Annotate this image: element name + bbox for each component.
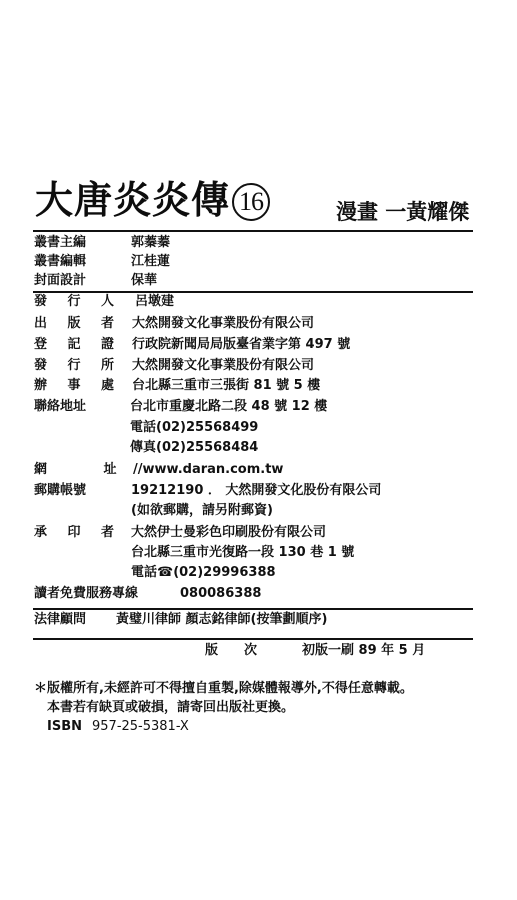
label-distributor: 發 行 所 — [34, 357, 122, 375]
label-office: 辦 事 處 — [34, 377, 122, 395]
divider-title — [33, 230, 473, 232]
label-contact-address: 聯絡地址 — [34, 398, 86, 416]
staff-label-cover-design: 封面設計 — [34, 272, 86, 290]
value-contact-address: 台北市重慶北路二段 48 號 12 樓 — [130, 398, 327, 416]
label-publisher: 出 版 者 — [34, 315, 122, 333]
label-postal-account: 郵購帳號 — [34, 482, 86, 500]
book-title: 大唐炎炎傳 — [35, 178, 230, 222]
value-printer-address: 台北縣三重市光復路一段 130 巷 1 號 — [131, 544, 354, 562]
value-postal-note: (如欲郵購，請另附郵資) — [131, 502, 273, 520]
label-website: 網 址 — [34, 461, 143, 479]
label-registration: 登 記 證 — [34, 336, 122, 354]
artist-credit: 漫畫 一黃耀傑 — [336, 199, 469, 225]
value-printer: 大然伊士曼彩色印刷股份有限公司 — [131, 524, 326, 542]
value-publisher: 大然開發文化事業股份有限公司 — [132, 315, 314, 333]
label-reader-hotline: 讀者免費服務專線 — [34, 585, 138, 603]
staff-label-editor: 叢書編輯 — [34, 253, 86, 271]
defect-notice: 本書若有缺頁或破損，請寄回出版社更換。 — [47, 699, 294, 717]
label-legal-counsel: 法律顧問 — [34, 611, 86, 629]
value-printer-phone: 電話☎(02)29996388 — [131, 564, 276, 582]
label-issuer: 發 行 人 — [34, 293, 122, 311]
value-edition: 初版一刷 89 年 5 月 — [302, 642, 425, 660]
value-distributor: 大然開發文化事業股份有限公司 — [132, 357, 314, 375]
staff-value-editor: 江桂蓮 — [131, 253, 170, 271]
value-legal-counsel: 黃璧川律師 顏志銘律師(按筆劃順序) — [116, 611, 327, 629]
volume-number-badge: 16 — [232, 183, 270, 221]
divider-legal — [33, 638, 473, 640]
staff-label-chief-editor: 叢書主編 — [34, 234, 86, 252]
isbn-label: ISBN — [47, 719, 82, 734]
divider-hotline — [33, 608, 473, 610]
label-printer: 承 印 者 — [34, 524, 122, 542]
website-link[interactable]: //www.daran.com.tw — [133, 461, 283, 479]
value-reader-hotline: 080086388 — [180, 585, 261, 603]
isbn-value: 957-25-5381-X — [92, 719, 189, 734]
value-issuer: 呂墩建 — [135, 293, 174, 311]
label-edition: 版 次 — [205, 642, 257, 660]
book-title-block: 大唐炎炎傳16 — [35, 178, 270, 222]
staff-value-cover-design: 保華 — [131, 272, 157, 290]
copyright-notice: ＊版權所有,未經許可不得擅自重製,除媒體報導外,不得任意轉載。 — [34, 680, 413, 698]
value-fax: 傳真(02)25568484 — [130, 439, 258, 457]
isbn-line: ISBN957-25-5381-X — [47, 718, 189, 736]
staff-value-chief-editor: 郭蓁蓁 — [131, 234, 170, 252]
value-phone: 電話(02)25568499 — [130, 419, 258, 437]
value-office: 台北縣三重市三張街 81 號 5 樓 — [132, 377, 320, 395]
value-registration: 行政院新聞局局版臺省業字第 497 號 — [132, 336, 350, 354]
value-postal-account: 19212190 ． 大然開發文化股份有限公司 — [131, 482, 381, 500]
